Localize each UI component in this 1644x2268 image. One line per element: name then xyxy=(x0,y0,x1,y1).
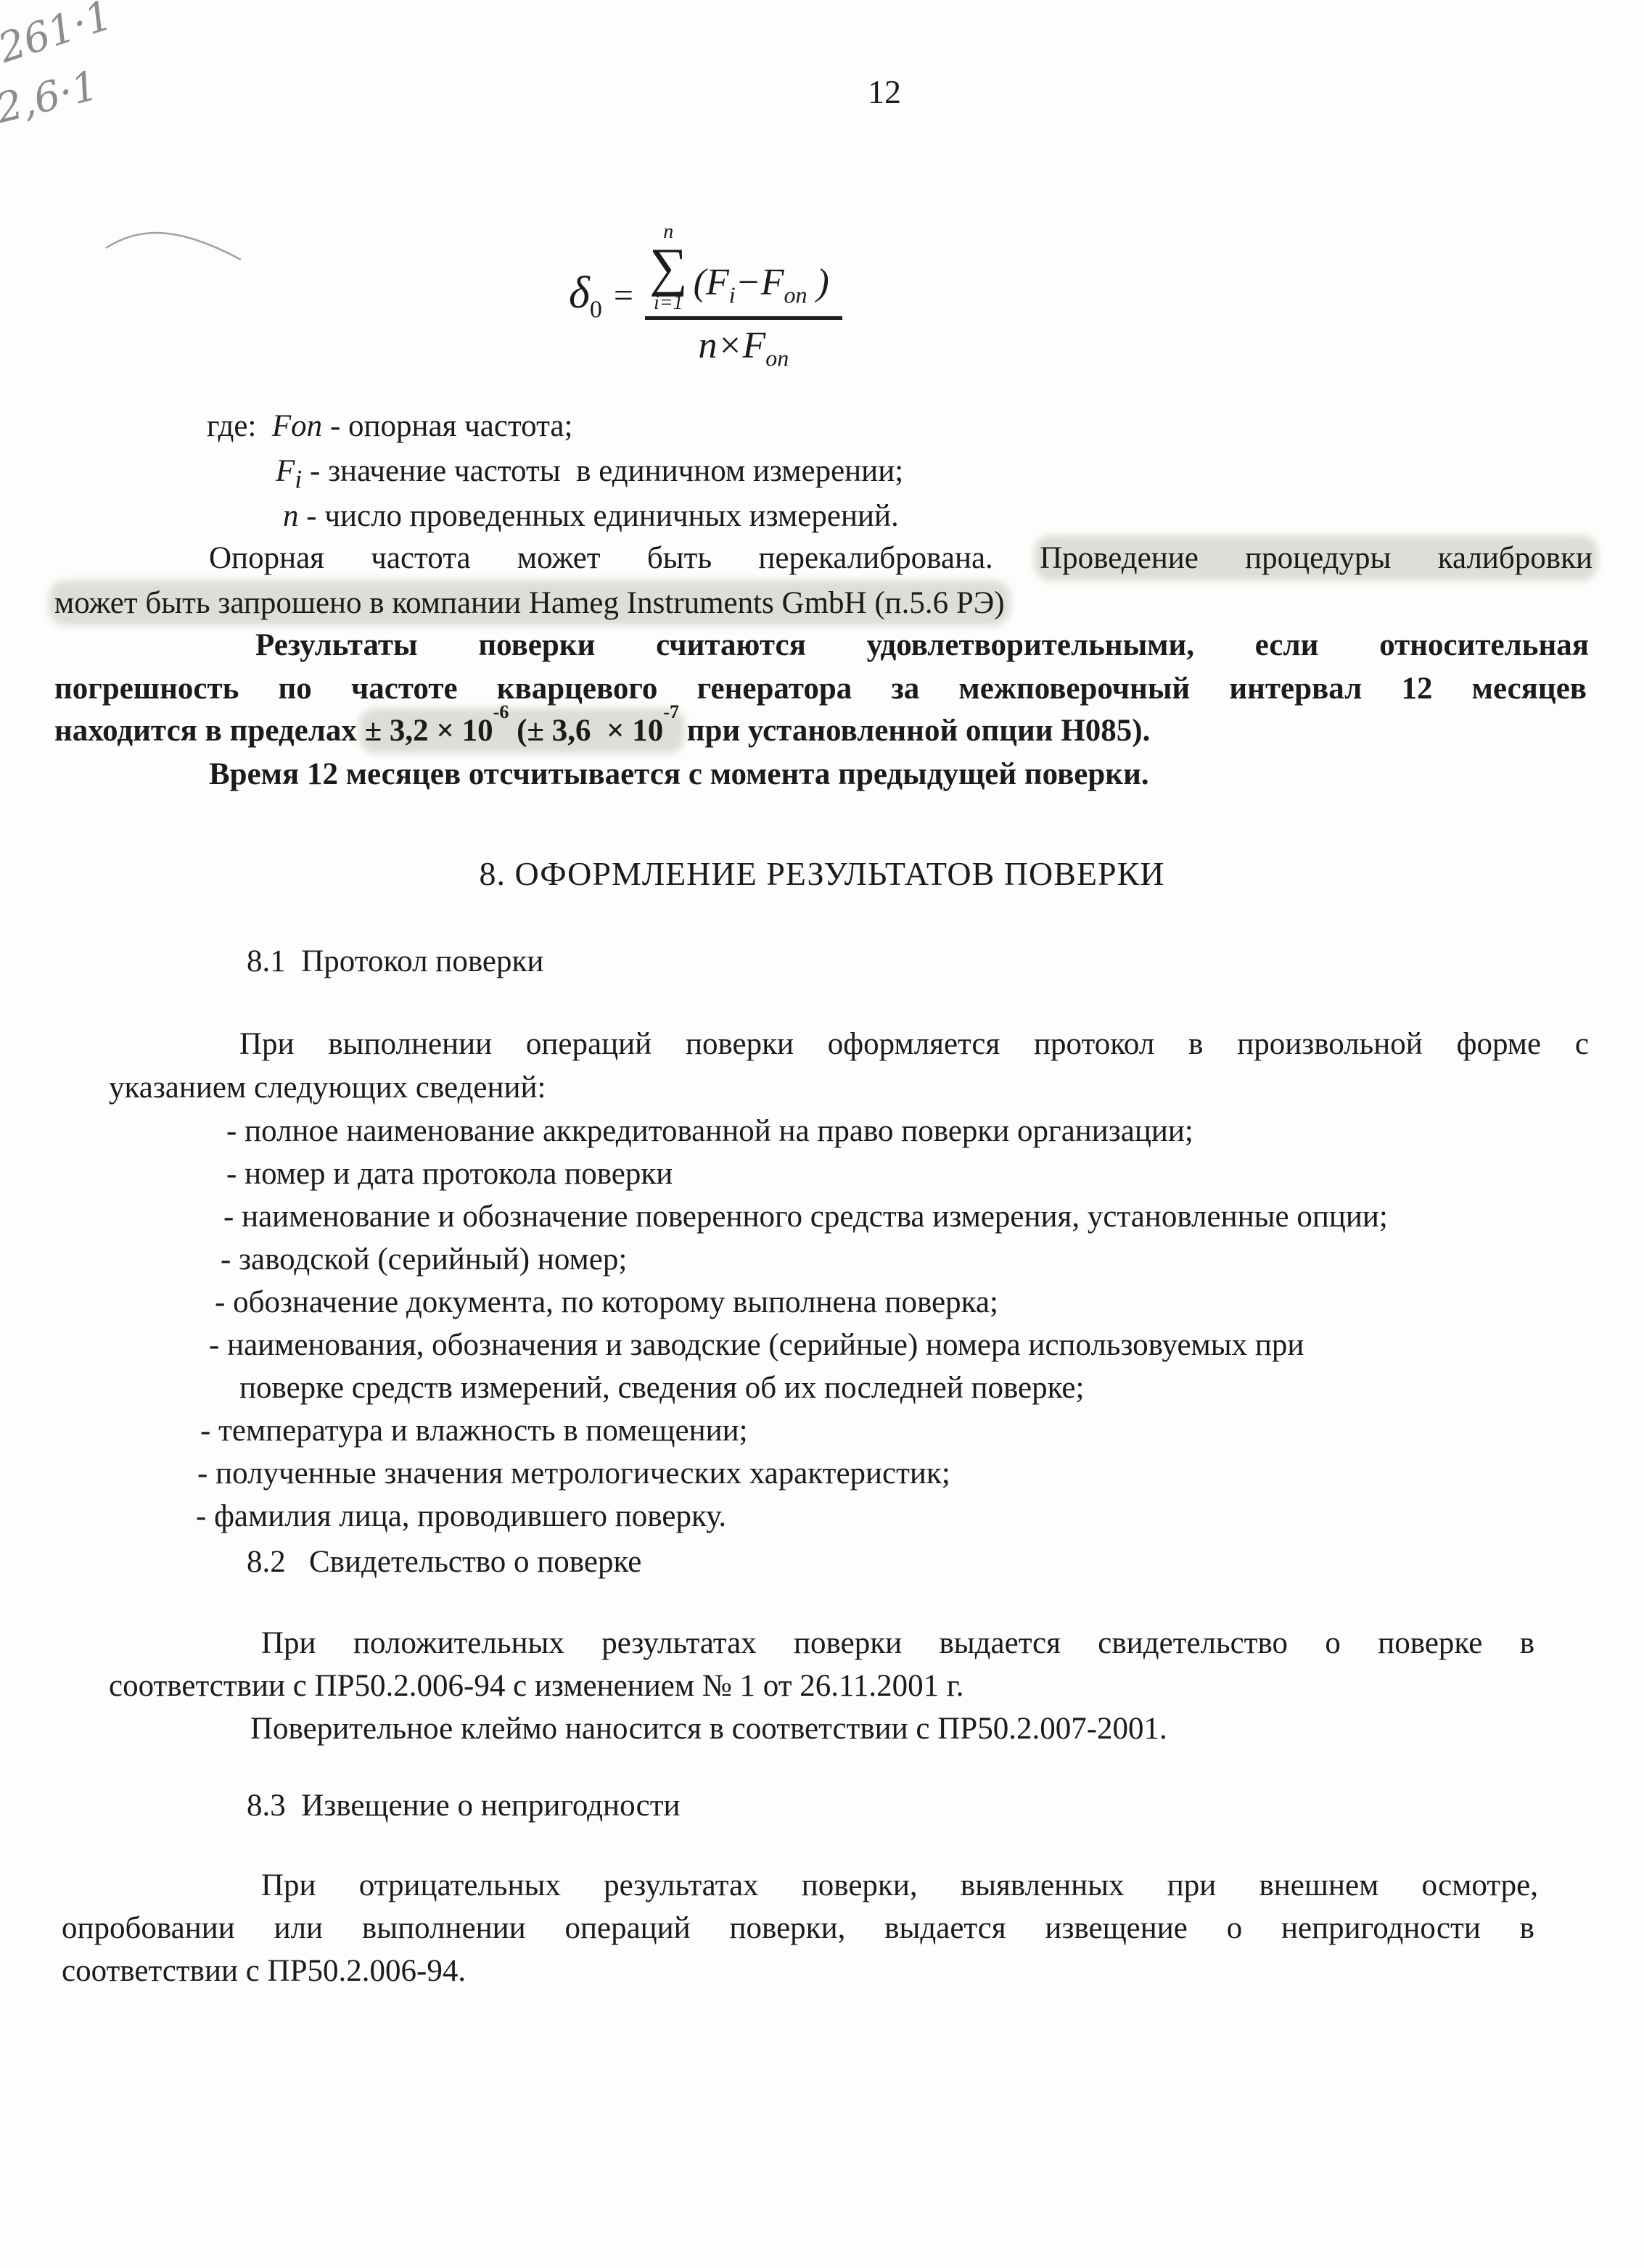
list-item: - номер и дата протокола поверки xyxy=(226,1154,673,1195)
paragraph-results-line1: Результаты поверки считаются удовлетвори… xyxy=(255,625,1589,666)
highlighted-text: Проведение процедуры калибровки xyxy=(1040,541,1592,575)
paragraph-8-1-line2: указанием следующих сведений: xyxy=(109,1068,546,1108)
highlighted-tolerance: ± 3,2 × 10-6 (± 3,6 × 10-7 xyxy=(365,714,679,748)
list-item: - фамилия лица, проводившего поверку. xyxy=(196,1496,726,1537)
list-item: - обозначение документа, по которому вып… xyxy=(215,1282,998,1323)
list-item: - полное наименование аккредитованной на… xyxy=(226,1111,1193,1152)
paragraph-results-line2: погрешность по частоте кварцевого генера… xyxy=(54,669,1587,709)
formula-denominator: n×Fon xyxy=(698,320,789,369)
page-number: 12 xyxy=(868,73,901,111)
scanned-document-page: { "page": { "number": "12" }, "annotatio… xyxy=(0,0,1644,2268)
list-item: - температура и влажность в помещении; xyxy=(200,1411,748,1451)
paragraph-recalibration-line1: Опорная частота может быть перекалиброва… xyxy=(209,538,1592,579)
highlighted-text: может быть запрошено в компании Hameg In… xyxy=(54,586,1005,620)
subsection-title-8-2: 8.2 Свидетельство о поверке xyxy=(247,1542,641,1583)
paragraph-time: Время 12 месяцев отсчитывается с момента… xyxy=(209,754,1149,795)
paragraph-results-line3: находится в пределах ± 3,2 × 10-6 (± 3,6… xyxy=(54,711,1150,751)
formula-equals: = xyxy=(614,276,633,316)
paragraph-8-1-line1: При выполнении операций поверки оформляе… xyxy=(239,1024,1589,1065)
list-item: - наименование и обозначение поверенного… xyxy=(223,1197,1388,1237)
list-item: - наименования, обозначения и заводские … xyxy=(209,1325,1304,1366)
paragraph-8-2-stamp: Поверительное клеймо наносится в соответ… xyxy=(250,1709,1167,1749)
list-item: - полученные значения метрологических ха… xyxy=(197,1453,950,1494)
paragraph-8-3-line3: соответствии с ПР50.2.006-94. xyxy=(62,1951,466,1992)
formula-expression: (Fi−Fon ) xyxy=(694,264,829,313)
subsection-title-8-3: 8.3 Извещение о непригодности xyxy=(247,1786,681,1826)
handwriting-note-2: 2,6·1 xyxy=(0,62,103,133)
list-item: - заводской (серийный) номер; xyxy=(221,1240,627,1280)
subsection-title-8-1: 8.1 Протокол поверки xyxy=(247,941,543,982)
paragraph-recalibration-line2: может быть запрошено в компании Hameg In… xyxy=(54,583,1005,624)
paragraph-8-2-line1: При положительных результатах поверки вы… xyxy=(261,1623,1534,1664)
where-line-fon: где: Fon - опорная частота; xyxy=(207,406,572,447)
list-item-continuation: поверке средств измерений, сведения об и… xyxy=(239,1368,1084,1409)
formula-relative-error: δ0 = n ∑ i=1 (Fi−Fon ) n×Fon xyxy=(569,222,842,370)
paragraph-8-3-line1: При отрицательных результатах поверки, в… xyxy=(261,1865,1538,1906)
formula-numerator: n ∑ i=1 (Fi−Fon ) xyxy=(645,222,842,316)
where-line-n: n - число проведенных единичных измерени… xyxy=(283,496,899,537)
sigma-symbol: ∑ xyxy=(649,242,688,293)
formula-delta: δ0 xyxy=(569,268,602,323)
formula-sum: n ∑ i=1 xyxy=(649,222,688,313)
where-line-fi: Fi - значение частоты в единичном измере… xyxy=(276,451,903,496)
paragraph-8-3-line2: опробовании или выполнении операций пове… xyxy=(62,1908,1534,1949)
formula-fraction: n ∑ i=1 (Fi−Fon ) n×Fon xyxy=(645,222,842,370)
handwriting-note-1: 261·1 xyxy=(0,0,118,73)
pen-stroke xyxy=(102,218,247,268)
paragraph-8-2-line2: соответствии с ПР50.2.006-94 с изменение… xyxy=(109,1666,963,1707)
section-heading: 8. ОФОРМЛЕНИЕ РЕЗУЛЬТАТОВ ПОВЕРКИ xyxy=(0,854,1644,893)
